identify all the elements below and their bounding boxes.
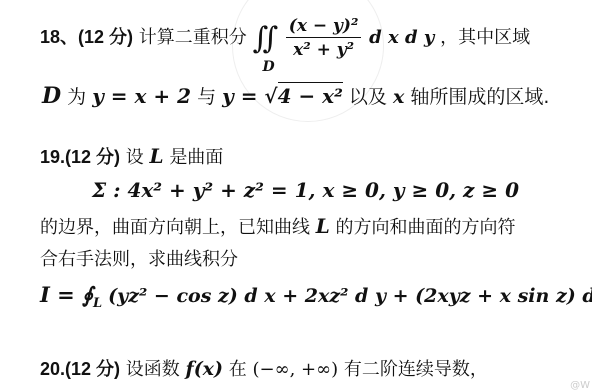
problem-20-number: 20.(12 分) [40,359,120,379]
fraction-numerator: (x − y)² [286,16,362,38]
integral-curve-subscript: L [93,296,102,311]
equation-line: y = x + 2 [92,84,191,108]
integrand: (yz² − cos z) d x + 2xz² d y + (2xyz + x… [108,285,592,307]
problem-18-line-1: 18、(12 分) 计算二重积分 ∬ D (x − y)² x² + y² d … [40,16,530,60]
curve-L: L [150,144,164,168]
interval: (−∞, +∞) [252,359,338,380]
text: 设 [126,147,144,168]
problem-19-line-3: 的边界，曲面方向朝上，已知曲线 L 的方向和曲面的方向符 [40,213,516,239]
problem-19-line-1: 19.(12 分) 设 L 是曲面 [40,143,223,169]
problem-18-intro: 计算二重积分 [139,27,247,48]
fraction-denominator: x² + y² [286,38,362,60]
double-integral-symbol: ∬ D [253,21,279,56]
function-f: f(x) [186,358,223,380]
problem-19-number: 19.(12 分) [40,147,120,167]
problem-20-line-1: 20.(12 分) 设函数 f(x) 在 (−∞, +∞) 有二阶连续导数， [40,355,488,381]
surface-equation: Σ : 4x² + y² + z² = 1, x ≥ 0, y ≥ 0, z ≥… [92,178,519,202]
problem-19-line-4: 合右手法则，求曲线积分 [40,245,238,271]
curve-L: L [316,214,330,238]
equation-semicircle-lhs: y = √ [222,84,277,108]
text: 轴所围成的区域. [410,86,549,108]
line-integral: I = ∮L (yz² − cos z) d x + 2xz² d y + (2… [40,282,592,311]
integral-region: D [263,59,275,75]
integral-lhs: I = ∮ [40,282,93,307]
text: 在 [229,359,247,380]
text: 的边界，曲面方向朝上，已知曲线 [40,217,310,238]
problem-18-number: 18、(12 分) [40,27,133,47]
text: 有二阶连续导数， [344,359,488,380]
text: 以及 [349,86,387,108]
differential: d x d y [369,27,434,48]
equation-semicircle-radicand: 4 − x² [278,82,343,108]
integrand-fraction: (x − y)² x² + y² [286,16,362,60]
problem-18-after: ，其中区域 [440,27,530,48]
problem-18-line-2: D 为 y = x + 2 与 y = √4 − x² 以及 x 轴所围成的区域… [42,82,549,109]
text: 设函数 [126,359,180,380]
text: 为 [67,86,86,108]
region-D: D [42,83,61,109]
text: 的方向和曲面的方向符 [336,217,516,238]
x-variable: x [393,86,404,108]
corner-watermark: @W [570,380,590,391]
text: 是曲面 [169,147,223,168]
text: 与 [197,86,216,108]
